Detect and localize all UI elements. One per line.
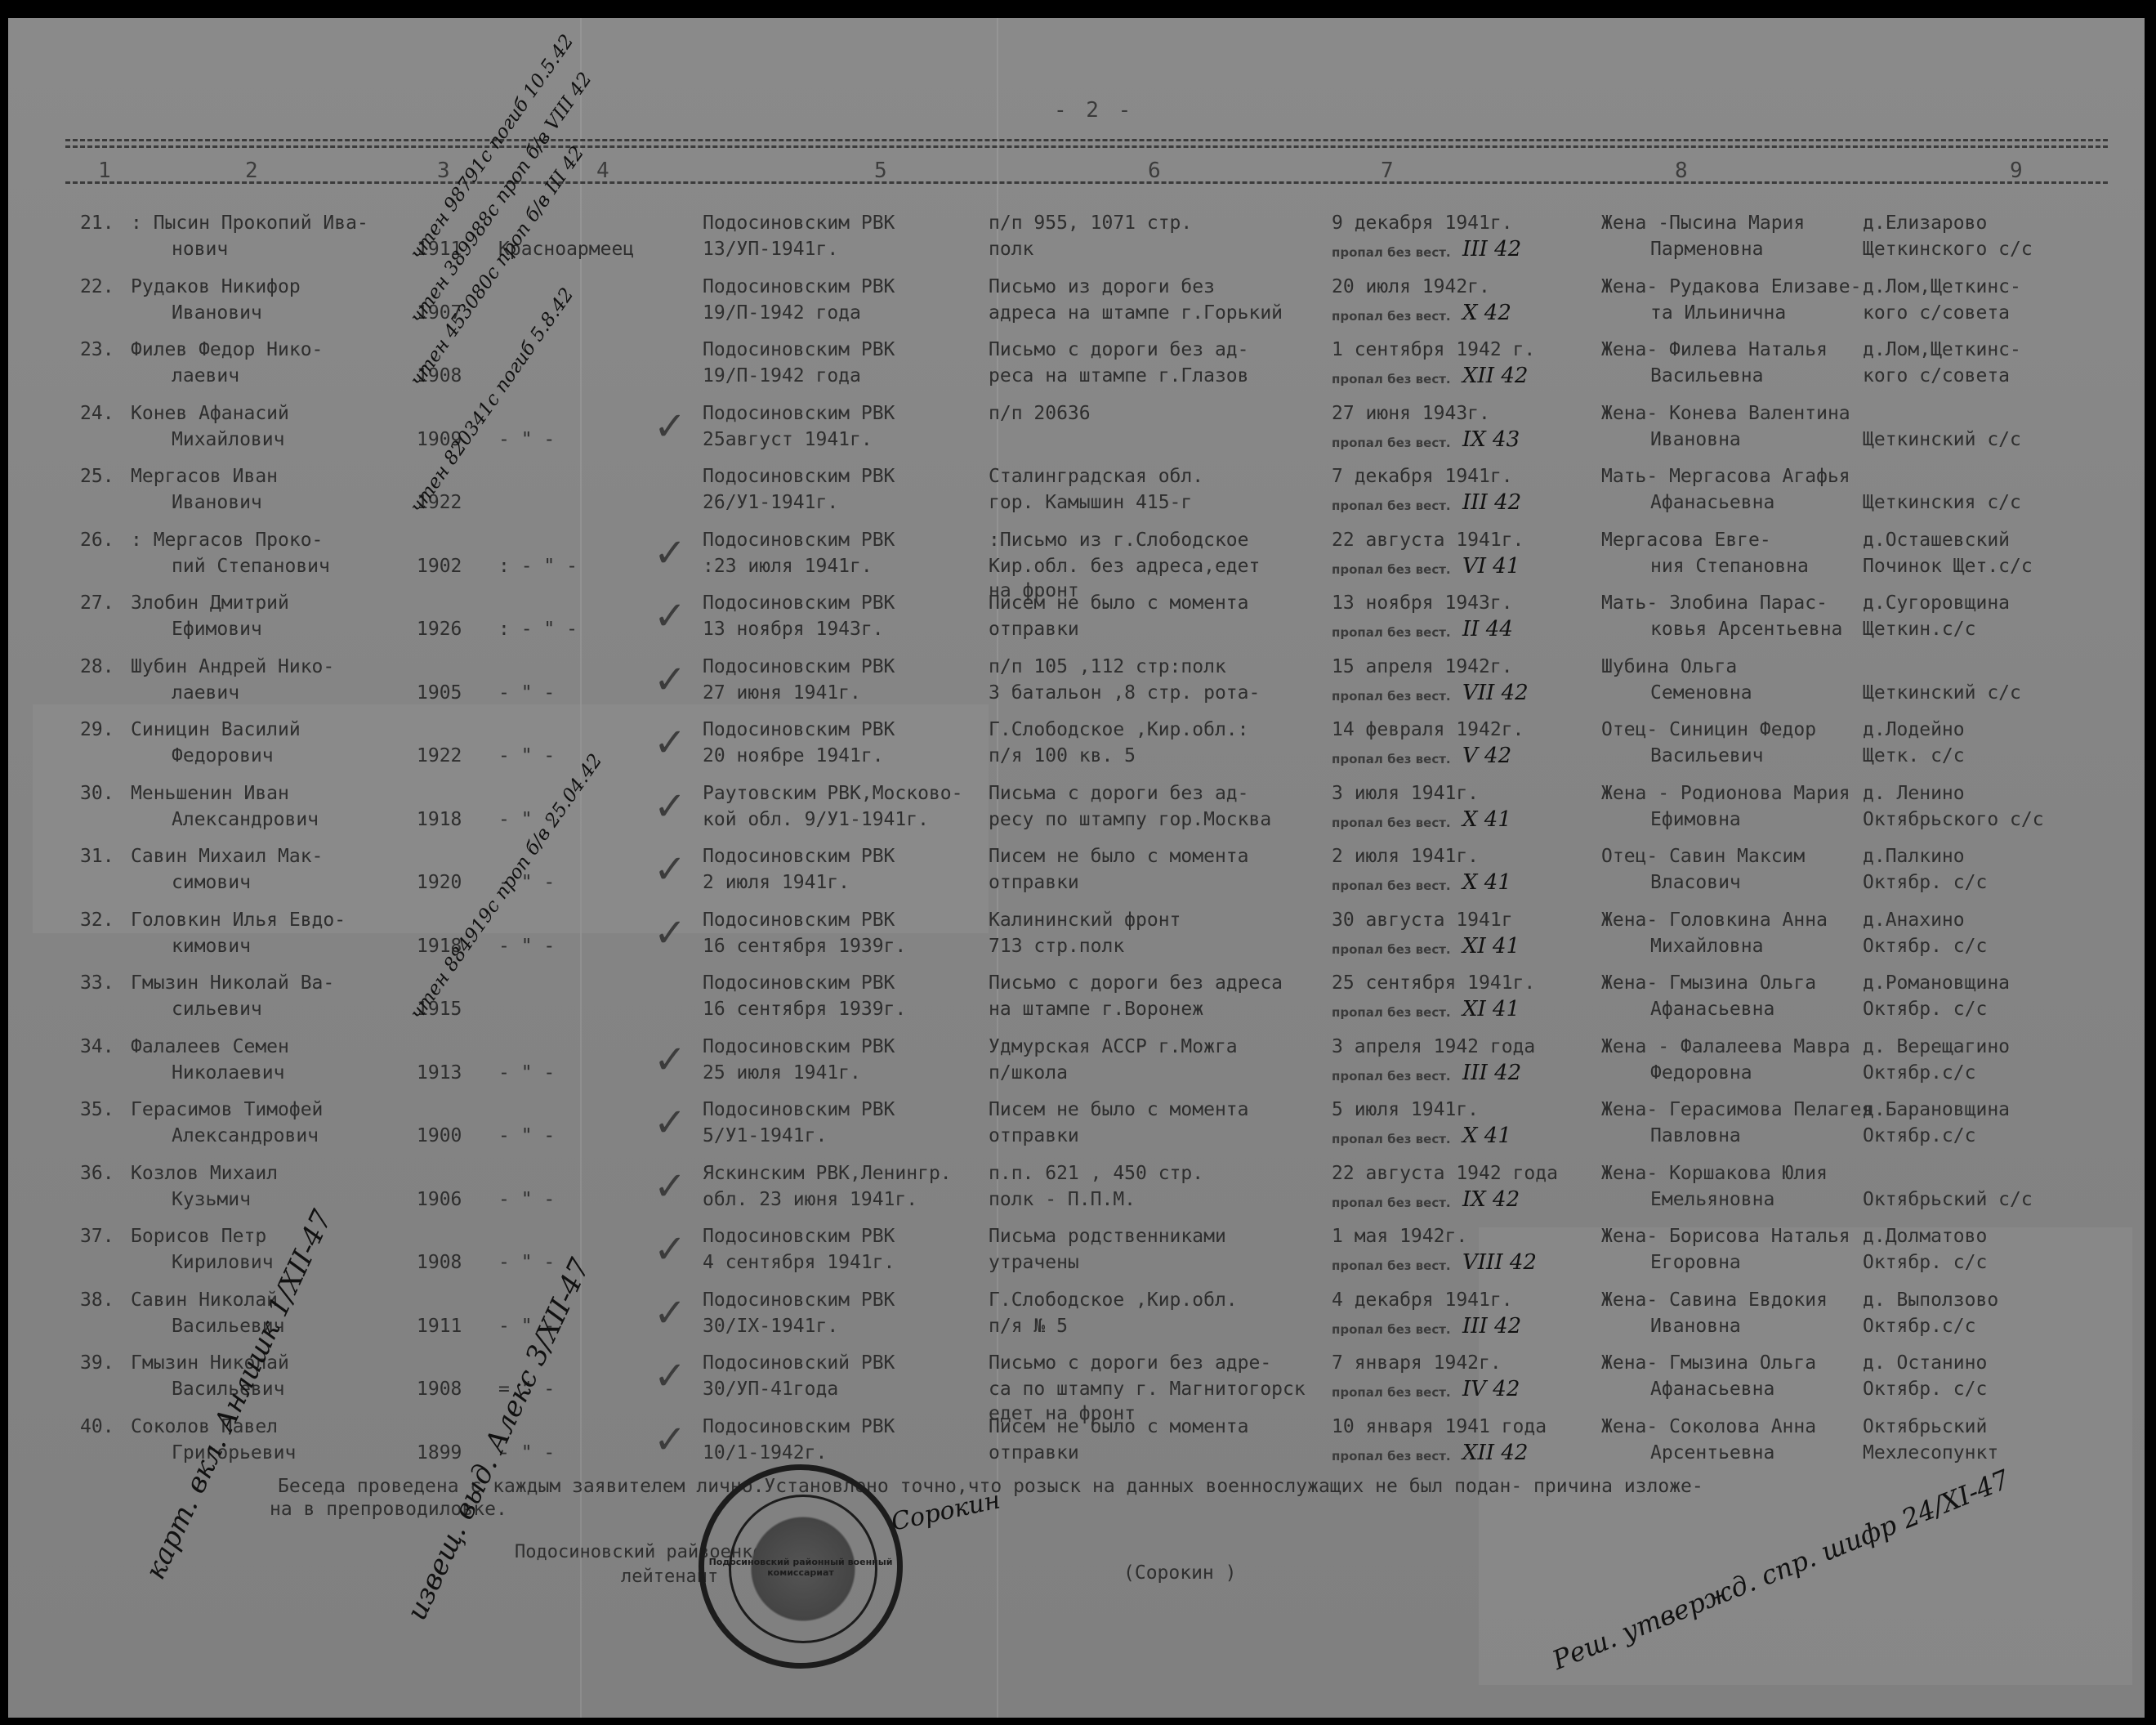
header-divider xyxy=(65,139,2108,141)
residence-line2: Октябр. с/с xyxy=(1863,870,1987,895)
residence-line2: Октябрьский с/с xyxy=(1863,1187,2033,1212)
table-row: 28.Шубин Андрей Нико-лаевич1905- " -Подо… xyxy=(8,651,2132,715)
last-address-line1: Письмо с дороги без адре- xyxy=(989,1351,1271,1375)
draft-date: 25август 1941г. xyxy=(703,427,873,452)
soldier-name-line1: Меньшенин Иван xyxy=(131,781,289,806)
handwritten-mark: XI 41 xyxy=(1462,934,1520,959)
row-number: 40. xyxy=(80,1414,114,1439)
rank: : - " - xyxy=(498,554,578,579)
draft-date: обл. 23 июня 1941г. xyxy=(703,1187,917,1212)
header-divider xyxy=(65,181,2108,184)
checkmark-icon: ✓ xyxy=(654,1301,686,1325)
soldier-name-line1: Борисов Петр xyxy=(131,1224,266,1249)
missing-stamp: пропал без вест. xyxy=(1332,431,1451,455)
page-number: - 2 - xyxy=(1054,98,1134,123)
residence-line2: Октябр. с/с xyxy=(1863,1250,1987,1275)
column-number: 1 xyxy=(98,159,111,183)
last-address-line1: Письмо из дороги без xyxy=(989,275,1215,299)
table-row: 29.Синицин ВасилийФедорович1922- " -Подо… xyxy=(8,714,2132,778)
soldier-name-line2: Ефимович xyxy=(172,617,262,641)
missing-stamp: пропал без вест. xyxy=(1332,1380,1451,1405)
soldier-name-line2: Иванович xyxy=(172,490,262,515)
last-address-line2: гор. Камышин 415-г xyxy=(989,490,1192,515)
last-contact-date: 3 апреля 1942 года xyxy=(1332,1035,1535,1059)
relative-line2: Афанасьевна xyxy=(1650,997,1774,1021)
residence-line2: кого с/совета xyxy=(1863,301,2010,325)
soldier-name-line1: Рудаков Никифор xyxy=(131,275,301,299)
row-number: 33. xyxy=(80,971,114,995)
last-address-line1: Писем не было с момента xyxy=(989,591,1249,615)
draft-date: 19/П-1942 года xyxy=(703,364,861,388)
soldier-name-line2: Александрович xyxy=(172,1124,319,1148)
residence-line1: д.Лодейно xyxy=(1863,717,1965,742)
row-number: 22. xyxy=(80,275,114,299)
last-address-line2: п/школа xyxy=(989,1061,1068,1085)
handwritten-mark: XI 41 xyxy=(1462,997,1520,1021)
stamp-text: Подосиновский районный военный комиссари… xyxy=(704,1557,897,1578)
birth-year: 1918 xyxy=(417,807,462,832)
column-number: 3 xyxy=(437,159,450,183)
soldier-name-line1: : Пысин Прокопий Ива- xyxy=(131,211,368,235)
last-address-line1: Писем не было с момента xyxy=(989,1414,1249,1439)
birth-year: 1905 xyxy=(417,681,462,705)
soldier-name-line1: Конев Афанасий xyxy=(131,401,289,426)
draft-date: 19/П-1942 года xyxy=(703,301,861,325)
residence-line1: д.Сугоровщина xyxy=(1863,591,2010,615)
last-address-line1: Письмо с дороги без адреса xyxy=(989,971,1283,995)
handwritten-mark: VII 42 xyxy=(1462,681,1529,705)
residence-line1: д.Елизарово xyxy=(1863,211,1987,235)
last-address-line1: п/п 955, 1071 стр. xyxy=(989,211,1192,235)
table-row: 31.Савин Михаил Мак-симович1920- " -Подо… xyxy=(8,841,2132,905)
relative-line2: Афанасьевна xyxy=(1650,490,1774,515)
column-number: 6 xyxy=(1148,159,1161,183)
last-contact-date: 3 июля 1941г. xyxy=(1332,781,1479,806)
last-address-line2: 3 батальон ,8 стр. рота- xyxy=(989,681,1260,705)
draft-date: 16 сентября 1939г. xyxy=(703,934,906,959)
missing-stamp: пропал без вест. xyxy=(1332,240,1451,265)
row-number: 32. xyxy=(80,908,114,932)
handwritten-mark: II 44 xyxy=(1462,617,1513,641)
draft-date: 20 ноябре 1941г. xyxy=(703,744,884,768)
rank: - " - xyxy=(498,744,555,768)
missing-stamp: пропал без вест. xyxy=(1332,557,1451,582)
drafted-by: Подосиновский РВК xyxy=(703,1351,895,1375)
last-address-line1: Калининский фронт xyxy=(989,908,1181,932)
soldier-name-line1: Савин Михаил Мак- xyxy=(131,844,323,869)
signature-name: (Сорокин ) xyxy=(1123,1562,1236,1584)
draft-date: 10/1-1942г. xyxy=(703,1441,827,1465)
relative-line2: Ивановна xyxy=(1650,1314,1741,1338)
handwritten-mark: X 41 xyxy=(1462,807,1511,832)
missing-stamp: пропал без вест. xyxy=(1332,747,1451,771)
relative-line1: Жена- Рудакова Елизаве- xyxy=(1601,275,1862,299)
drafted-by: Подосиновским РВК xyxy=(703,844,895,869)
soldier-name-line1: Герасимов Тимофей xyxy=(131,1097,323,1122)
missing-stamp: пропал без вест. xyxy=(1332,1127,1451,1151)
last-address-line1: :Письмо из г.Слободское xyxy=(989,528,1249,552)
last-contact-date: 1 сентября 1942 г. xyxy=(1332,337,1535,362)
soldier-name-line2: Федорович xyxy=(172,744,274,768)
last-address-line1: Сталинградская обл. xyxy=(989,464,1203,489)
last-address-line2: п/я № 5 xyxy=(989,1314,1068,1338)
relative-line1: Жена- Филева Наталья xyxy=(1601,337,1828,362)
soldier-name-line1: Шубин Андрей Нико- xyxy=(131,655,334,679)
row-number: 29. xyxy=(80,717,114,742)
relative-line1: Жена- Гмызина Ольга xyxy=(1601,1351,1816,1375)
drafted-by: Подосиновским РВК xyxy=(703,1414,895,1439)
draft-date: 13 ноября 1943г. xyxy=(703,617,884,641)
soldier-name-line2: лаевич xyxy=(172,681,239,705)
residence-line2: Октябр.с/с xyxy=(1863,1124,1975,1148)
table-row: 22.Рудаков НикифорИванович1907Подосиновс… xyxy=(8,271,2132,335)
handwritten-mark: IX 43 xyxy=(1462,427,1520,452)
residence-line1: д.Барановщина xyxy=(1863,1097,2010,1122)
drafted-by: Подосиновским РВК xyxy=(703,337,895,362)
birth-year: 1913 xyxy=(417,1061,462,1085)
table-row: 36.Козлов МихаилКузьмич1906- " -Яскински… xyxy=(8,1158,2132,1222)
last-address-line2: отправки xyxy=(989,870,1079,895)
draft-date: 30/УП-41года xyxy=(703,1377,838,1401)
residence-line1: Октябрьский xyxy=(1863,1414,1987,1439)
column-number: 2 xyxy=(245,159,258,183)
missing-stamp: пропал без вест. xyxy=(1332,1000,1451,1025)
drafted-by: Подосиновским РВК xyxy=(703,908,895,932)
residence-line2: Октябр.с/с xyxy=(1863,1061,1975,1085)
relative-line2: Ивановна xyxy=(1650,427,1741,452)
birth-year: 1908 xyxy=(417,1250,462,1275)
relative-line1: Жена- Конева Валентина xyxy=(1601,401,1850,426)
header-divider xyxy=(65,145,2108,148)
soldier-name-line2: Николаевич xyxy=(172,1061,284,1085)
relative-line1: Жена- Коршакова Юлия xyxy=(1601,1161,1828,1186)
handwritten-mark: X 41 xyxy=(1462,1124,1511,1148)
row-number: 39. xyxy=(80,1351,114,1375)
relative-line2: Семеновна xyxy=(1650,681,1752,705)
drafted-by: Подосиновским РВК xyxy=(703,1097,895,1122)
table-row: 23.Филев Федор Нико-лаевич1908Подосиновс… xyxy=(8,334,2132,398)
residence-line1: д.Палкино xyxy=(1863,844,1965,869)
handwritten-mark: VI 41 xyxy=(1462,554,1520,579)
table-row: 39.Гмызин НиколайВасильевич1908= " -Подо… xyxy=(8,1347,2132,1411)
birth-year: 1911 xyxy=(417,1314,462,1338)
relative-line2: Власович xyxy=(1650,870,1741,895)
last-address-line1: Письмо с дороги без ад- xyxy=(989,337,1249,362)
handwritten-mark: III 42 xyxy=(1462,490,1521,515)
soldier-name-line2: лаевич xyxy=(172,364,239,388)
table-row: 24.Конев АфанасийМихайлович1909- " -Подо… xyxy=(8,398,2132,462)
soldier-name-line1: Фалалеев Семен xyxy=(131,1035,289,1059)
table-row: 25.Мергасов ИванИванович1922Подосиновски… xyxy=(8,461,2132,525)
draft-date: :23 июля 1941г. xyxy=(703,554,873,579)
residence-line1: д.Лом,Щеткинс- xyxy=(1863,337,2021,362)
table-row: 26.: Мергасов Проко-пий Степанович1902: … xyxy=(8,525,2132,588)
relative-line1: Жена- Герасимова Пелагея xyxy=(1601,1097,1873,1122)
drafted-by: Раутовским РВК,Москово- xyxy=(703,781,963,806)
handwritten-mark: III 42 xyxy=(1462,1061,1521,1085)
row-number: 35. xyxy=(80,1097,114,1122)
residence-line2: Октябр. с/с xyxy=(1863,934,1987,959)
checkmark-icon: ✓ xyxy=(654,541,686,565)
last-contact-date: 5 июля 1941г. xyxy=(1332,1097,1479,1122)
row-number: 28. xyxy=(80,655,114,679)
draft-date: 25 июля 1941г. xyxy=(703,1061,861,1085)
soldier-name-line1: Козлов Михаил xyxy=(131,1161,278,1186)
missing-stamp: пропал без вест. xyxy=(1332,1254,1451,1278)
table-row: 34.Фалалеев СеменНиколаевич1913- " -Подо… xyxy=(8,1031,2132,1095)
relative-line1: Мергасова Евге- xyxy=(1601,528,1771,552)
relative-line1: Жена -Пысина Мария xyxy=(1601,211,1805,235)
checkmark-icon: ✓ xyxy=(654,921,686,945)
residence-line2: Щеткин.с/с xyxy=(1863,617,1975,641)
drafted-by: Подосиновским РВК xyxy=(703,401,895,426)
last-address-line1: Писем не было с момента xyxy=(989,1097,1249,1122)
relative-line1: Жена- Соколова Анна xyxy=(1601,1414,1816,1439)
residence-line2: Починок Щет.с/с xyxy=(1863,554,2033,579)
last-address-line1: Письма с дороги без ад- xyxy=(989,781,1249,806)
last-contact-date: 20 июля 1942г. xyxy=(1332,275,1490,299)
draft-date: 2 июля 1941г. xyxy=(703,870,850,895)
document-page: - 2 - 123456789 21.: Пысин Прокопий Ива-… xyxy=(8,18,2145,1718)
missing-stamp: пропал без вест. xyxy=(1332,811,1451,835)
rank: : - " - xyxy=(498,617,578,641)
last-address-line2: утрачены xyxy=(989,1250,1079,1275)
rank: - " - xyxy=(498,1187,555,1212)
column-number: 9 xyxy=(2010,159,2023,183)
row-number: 26. xyxy=(80,528,114,552)
last-contact-date: 7 января 1942г. xyxy=(1332,1351,1502,1375)
residence-line2: Щеткинского с/с xyxy=(1863,237,2033,261)
relative-line2: Павловна xyxy=(1650,1124,1741,1148)
last-address-line2: полк - П.П.М. xyxy=(989,1187,1136,1212)
residence-line2: Щеткинский с/с xyxy=(1863,427,2021,452)
soldier-name-line1: Синицин Василий xyxy=(131,717,301,742)
residence-line2: Октябр. с/с xyxy=(1863,1377,1987,1401)
soldier-name-line2: сильевич xyxy=(172,997,262,1021)
column-number: 5 xyxy=(874,159,887,183)
residence-line2: Октябр.с/с xyxy=(1863,1314,1975,1338)
missing-stamp: пропал без вест. xyxy=(1332,874,1451,898)
last-contact-date: 9 декабря 1941г. xyxy=(1332,211,1513,235)
relative-line2: ния Степановна xyxy=(1650,554,1809,579)
table-row: 30.Меньшенин ИванАлександрович1918- " -Р… xyxy=(8,778,2132,842)
missing-stamp: пропал без вест. xyxy=(1332,1064,1451,1088)
last-contact-date: 22 августа 1941г. xyxy=(1332,528,1524,552)
handwritten-margin-note: чтен 389988с проп б/в VIII 42 xyxy=(404,67,597,328)
last-contact-date: 2 июля 1941г. xyxy=(1332,844,1479,869)
residence-line2: Мехлесопункт xyxy=(1863,1441,1998,1465)
rank: - " - xyxy=(498,1124,555,1148)
drafted-by: Подосиновским РВК xyxy=(703,591,895,615)
soldier-name-line2: Михайлович xyxy=(172,427,284,452)
last-contact-date: 13 ноября 1943г. xyxy=(1332,591,1513,615)
column-number: 4 xyxy=(596,159,609,183)
missing-stamp: пропал без вест. xyxy=(1332,620,1451,645)
rank: - " - xyxy=(498,934,555,959)
missing-stamp: пропал без вест. xyxy=(1332,1317,1451,1342)
last-contact-date: 25 сентября 1941г. xyxy=(1332,971,1535,995)
residence-line1: д. Останино xyxy=(1863,1351,1987,1375)
residence-line1: д.Долматово xyxy=(1863,1224,1987,1249)
last-address-line1: п/п 105 ,112 стр:полк xyxy=(989,655,1226,679)
last-address-line1: Удмурская АССР г.Можга xyxy=(989,1035,1238,1059)
checkmark-icon: ✓ xyxy=(654,1237,686,1262)
residence-line2: Щеткинския с/с xyxy=(1863,490,2021,515)
last-contact-date: 10 января 1941 года xyxy=(1332,1414,1547,1439)
soldier-name-line2: пий Степанович xyxy=(172,554,330,579)
checkmark-icon: ✓ xyxy=(654,604,686,628)
birth-year: 1908 xyxy=(417,1377,462,1401)
last-address-line1: Письма родственниками xyxy=(989,1224,1226,1249)
draft-date: 16 сентября 1939г. xyxy=(703,997,906,1021)
row-number: 24. xyxy=(80,401,114,426)
handwritten-mark: IX 42 xyxy=(1462,1187,1520,1212)
draft-date: 26/У1-1941г. xyxy=(703,490,838,515)
relative-line1: Жена - Родионова Мария xyxy=(1601,781,1850,806)
residence-line2: Октябрьского с/с xyxy=(1863,807,2044,832)
row-number: 38. xyxy=(80,1288,114,1312)
residence-line2: Щеткинский с/с xyxy=(1863,681,2021,705)
drafted-by: Подосиновским РВК xyxy=(703,1224,895,1249)
drafted-by: Подосиновским РВК xyxy=(703,1035,895,1059)
residence-line1: д. Выползово xyxy=(1863,1288,1998,1312)
last-contact-date: 1 мая 1942г. xyxy=(1332,1224,1467,1249)
soldier-name-line2: Кузьмич xyxy=(172,1187,251,1212)
last-contact-date: 7 декабря 1941г. xyxy=(1332,464,1513,489)
residence-line2: Октябр. с/с xyxy=(1863,997,1987,1021)
missing-stamp: пропал без вест. xyxy=(1332,937,1451,962)
official-stamp: Подосиновский районный военный комиссари… xyxy=(699,1464,903,1669)
birth-year: 1922 xyxy=(417,744,462,768)
last-contact-date: 30 августа 1941г xyxy=(1332,908,1513,932)
residence-line1: д. Ленино xyxy=(1863,781,1965,806)
handwritten-mark: IV 42 xyxy=(1462,1377,1520,1401)
rank: - " - xyxy=(498,1061,555,1085)
last-address-line2: ресу по штампу гор.Москва xyxy=(989,807,1271,832)
last-address-line1: Г.Слободское ,Кир.обл.: xyxy=(989,717,1249,742)
missing-stamp: пропал без вест. xyxy=(1332,684,1451,708)
drafted-by: Яскинским РВК,Ленингр. xyxy=(703,1161,952,1186)
checkmark-icon: ✓ xyxy=(654,668,686,692)
last-address-line1: п.п. 621 , 450 стр. xyxy=(989,1161,1203,1186)
missing-stamp: пропал без вест. xyxy=(1332,1191,1451,1215)
soldier-name-line2: кимович xyxy=(172,934,251,959)
residence-line1: д.Осташевский xyxy=(1863,528,2010,552)
relative-line2: Ефимовна xyxy=(1650,807,1741,832)
table-row: 27.Злобин ДмитрийЕфимович1926: - " -Подо… xyxy=(8,588,2132,651)
residence-line1: д.Анахино xyxy=(1863,908,1965,932)
draft-date: 13/УП-1941г. xyxy=(703,237,838,261)
checkmark-icon: ✓ xyxy=(654,1364,686,1388)
draft-date: 4 сентября 1941г. xyxy=(703,1250,895,1275)
residence-line1: д.Романовщина xyxy=(1863,971,2010,995)
soldier-name-line1: Гмызин Николай Ва- xyxy=(131,971,334,995)
handwritten-mark: XII 42 xyxy=(1462,1441,1528,1465)
last-address-line2: отправки xyxy=(989,1441,1079,1465)
row-number: 25. xyxy=(80,464,114,489)
missing-stamp: пропал без вест. xyxy=(1332,367,1451,391)
last-contact-date: 4 декабря 1941г. xyxy=(1332,1288,1513,1312)
last-contact-date: 27 июня 1943г. xyxy=(1332,401,1490,426)
checkmark-icon: ✓ xyxy=(654,1174,686,1199)
last-address-line1: Г.Слободское ,Кир.обл. xyxy=(989,1288,1238,1312)
relative-line2: Емельяновна xyxy=(1650,1187,1774,1212)
relative-line2: Парменовна xyxy=(1650,237,1763,261)
relative-line2: Егоровна xyxy=(1650,1250,1741,1275)
drafted-by: Подосиновским РВК xyxy=(703,275,895,299)
drafted-by: Подосиновским РВК xyxy=(703,528,895,552)
table-row: 40.Соколов ПавелГригорьевич1899- " -Подо… xyxy=(8,1411,2132,1475)
soldier-name-line1: Головкин Илья Евдо- xyxy=(131,908,346,932)
last-address-line2: на штампе г.Воронеж xyxy=(989,997,1203,1021)
row-number: 30. xyxy=(80,781,114,806)
handwritten-mark: V 42 xyxy=(1462,744,1511,768)
checkmark-icon: ✓ xyxy=(654,1048,686,1072)
handwritten-mark: III 42 xyxy=(1462,237,1521,261)
soldier-name-line2: Александрович xyxy=(172,807,319,832)
column-number: 8 xyxy=(1675,159,1688,183)
soldier-name-line1: Филев Федор Нико- xyxy=(131,337,323,362)
draft-date: 30/IX-1941г. xyxy=(703,1314,838,1338)
last-address-line2: реса на штампе г.Глазов xyxy=(989,364,1249,388)
relative-line2: та Ильинична xyxy=(1650,301,1786,325)
relative-line2: Васильевна xyxy=(1650,364,1763,388)
relative-line1: Отец- Синицин Федор xyxy=(1601,717,1816,742)
last-address-line2: отправки xyxy=(989,1124,1079,1148)
relative-line1: Жена- Борисова Наталья xyxy=(1601,1224,1850,1249)
checkmark-icon: ✓ xyxy=(654,731,686,755)
soldier-name-line1: Мергасов Иван xyxy=(131,464,278,489)
last-address-line2: отправки xyxy=(989,617,1079,641)
soldier-name-line2: Иванович xyxy=(172,301,262,325)
relative-line2: ковья Арсентьевна xyxy=(1650,617,1842,641)
table-row: 32.Головкин Илья Евдо-кимович1918- " -По… xyxy=(8,905,2132,968)
birth-year: 1900 xyxy=(417,1124,462,1148)
checkmark-icon: ✓ xyxy=(654,1428,686,1452)
relative-line1: Жена- Савина Евдокия xyxy=(1601,1288,1828,1312)
draft-date: 5/У1-1941г. xyxy=(703,1124,827,1148)
soldier-name-line1: Злобин Дмитрий xyxy=(131,591,289,615)
rank: - " - xyxy=(498,427,555,452)
soldier-name-line1: Савин Николай xyxy=(131,1288,278,1312)
drafted-by: Подосиновским РВК xyxy=(703,464,895,489)
drafted-by: Подосиновским РВК xyxy=(703,1288,895,1312)
relative-line1: Мать- Злобина Парас- xyxy=(1601,591,1828,615)
soldier-name-line1: : Мергасов Проко- xyxy=(131,528,323,552)
drafted-by: Подосиновским РВК xyxy=(703,655,895,679)
drafted-by: Подосиновским РВК xyxy=(703,971,895,995)
relative-line1: Жена- Головкина Анна xyxy=(1601,908,1828,932)
relative-line1: Жена- Гмызина Ольга xyxy=(1601,971,1816,995)
drafted-by: Подосиновским РВК xyxy=(703,211,895,235)
last-address-line2: са по штампу г. Магнитогорск xyxy=(989,1377,1306,1401)
handwritten-mark: X 42 xyxy=(1462,301,1511,325)
handwritten-mark: XII 42 xyxy=(1462,364,1528,388)
residence-line1: д. Верещагино xyxy=(1863,1035,2010,1059)
row-number: 36. xyxy=(80,1161,114,1186)
last-address-line1: Писем не было с момента xyxy=(989,844,1249,869)
handwritten-mark: III 42 xyxy=(1462,1314,1521,1338)
missing-stamp: пропал без вест. xyxy=(1332,304,1451,328)
drafted-by: Подосиновским РВК xyxy=(703,717,895,742)
last-address-line2: Кир.обл. без адреса,едет xyxy=(989,554,1260,579)
missing-stamp: пропал без вест. xyxy=(1332,494,1451,518)
handwritten-mark: VIII 42 xyxy=(1462,1250,1537,1275)
row-number: 27. xyxy=(80,591,114,615)
relative-line2: Федоровна xyxy=(1650,1061,1752,1085)
birth-year: 1906 xyxy=(417,1187,462,1212)
residence-line2: кого с/совета xyxy=(1863,364,2010,388)
